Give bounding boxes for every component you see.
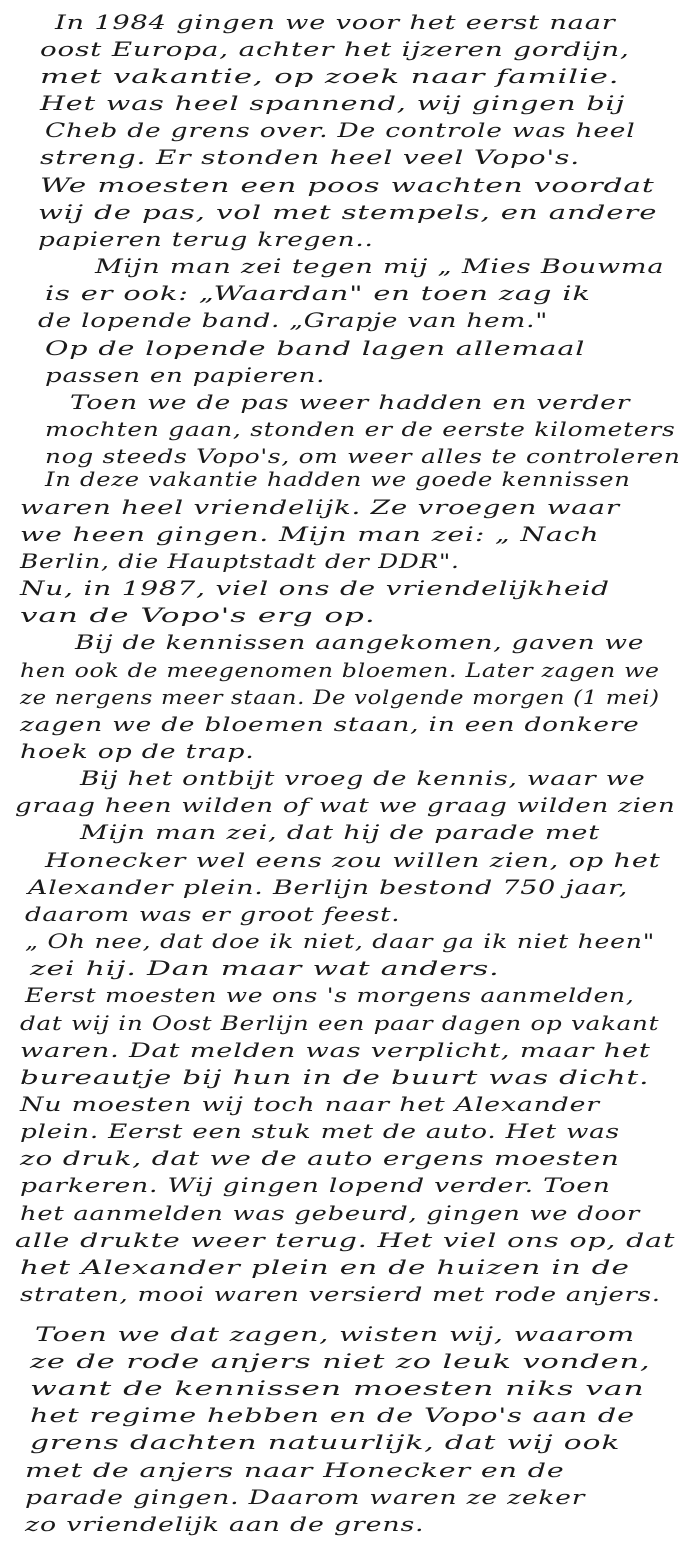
handwritten-line: papieren terug kregen.. [38, 227, 374, 251]
handwritten-line: plein. Eerst een stuk met de auto. Het w… [20, 1119, 620, 1143]
handwritten-line: het Alexander plein en de huizen in de [20, 1255, 630, 1279]
handwritten-line: Cheb de grens over. De controle was heel [45, 118, 635, 142]
handwritten-line: zei hij. Dan maar wat anders. [30, 956, 499, 980]
handwritten-line: Eerst moesten we ons 's morgens aanmelde… [25, 983, 635, 1007]
handwritten-line: graag heen wilden of wat we graag wilden… [15, 793, 676, 817]
handwritten-line: In deze vakantie hadden we goede kenniss… [45, 467, 631, 491]
handwritten-line: waren heel vriendelijk. Ze vroegen waar [20, 495, 620, 519]
handwritten-line: met de anjers naar Honecker en de [25, 1458, 565, 1482]
handwritten-line: het regime hebben en de Vopo's aan de [30, 1403, 635, 1427]
handwritten-line: we heen gingen. Mijn man zei: „ Nach [20, 522, 600, 546]
handwritten-line: de lopende band. „Grapje van hem." [38, 308, 548, 332]
handwritten-line: wij de pas, vol met stempels, en andere [38, 200, 657, 224]
handwritten-line: streng. Er stonden heel veel Vopo's. [40, 145, 580, 169]
handwritten-line: Toen we dat zagen, wisten wij, waarom [35, 1322, 635, 1346]
handwritten-line: Het was heel spannend, wij gingen bij [40, 91, 625, 115]
handwritten-line: bureautje bij hun in de buurt was dicht. [20, 1065, 649, 1089]
handwritten-line: oost Europa, achter het ijzeren gordijn, [40, 37, 630, 61]
handwritten-line: Alexander plein. Berlijn bestond 750 jaa… [28, 875, 628, 899]
handwritten-line: Honecker wel eens zou willen zien, op he… [45, 848, 661, 872]
handwritten-line: parade gingen. Daarom waren ze zeker [25, 1485, 585, 1509]
handwritten-line: alle drukte weer terug. Het viel ons op,… [15, 1228, 675, 1252]
handwritten-line: waren. Dat melden was verplicht, maar he… [20, 1038, 651, 1062]
handwritten-line: „ Oh nee, dat doe ik niet, daar ga ik ni… [25, 929, 655, 953]
handwritten-line: is er ook: „Waardan" en toen zag ik [45, 281, 591, 305]
handwritten-line: parkeren. Wij gingen lopend verder. Toen [20, 1173, 611, 1197]
handwritten-line: daarom was er groot feest. [25, 902, 400, 926]
handwritten-line: Toen we de pas weer hadden en verder [70, 390, 630, 414]
handwritten-line: Berlin, die Hauptstadt der DDR". [20, 549, 460, 573]
handwritten-line: zo vriendelijk aan de grens. [25, 1512, 424, 1536]
handwritten-line: ze de rode anjers niet zo leuk vonden, [30, 1349, 651, 1373]
handwritten-line: hoek op de trap. [20, 739, 255, 763]
handwritten-line: grens dachten natuurlijk, dat wij ook [30, 1430, 620, 1454]
handwritten-line: Op de lopende band lagen allemaal [45, 336, 585, 360]
handwritten-line: van de Vopo's erg op. [20, 603, 376, 627]
handwritten-line: ze nergens meer staan. De volgende morge… [20, 685, 660, 709]
handwritten-line: hen ook de meegenomen bloemen. Later zag… [20, 658, 660, 682]
handwritten-line: het aanmelden was gebeurd, gingen we doo… [20, 1201, 640, 1225]
handwritten-line: Bij de kennissen aangekomen, gaven we [75, 630, 644, 654]
handwritten-line: Nu moesten wij toch naar het Alexander [20, 1092, 600, 1116]
handwritten-line: Mijn man zei tegen mij „ Mies Bouwma [95, 254, 664, 278]
handwritten-line: Bij het ontbijt vroeg de kennis, waar we [80, 766, 645, 790]
handwritten-letter-page: In 1984 gingen we voor het eerst naaroos… [0, 0, 694, 1542]
handwritten-line: straten, mooi waren versierd met rode an… [20, 1282, 661, 1306]
handwritten-line: Mijn man zei, dat hij de parade met [80, 820, 600, 844]
handwritten-line: We moesten een poos wachten voordat [40, 173, 655, 197]
handwritten-line: Nu, in 1987, viel ons de vriendelijkheid [20, 576, 610, 600]
handwritten-line: dat wij in Oost Berlijn een paar dagen o… [20, 1011, 659, 1035]
handwritten-line: want de kennissen moesten niks van [30, 1376, 645, 1400]
handwritten-line: nog steeds Vopo's, om weer alles te cont… [45, 444, 681, 468]
handwritten-line: In 1984 gingen we voor het eerst naar [55, 10, 616, 34]
handwritten-line: passen en papieren. [45, 363, 325, 387]
handwritten-line: met vakantie, op zoek naar familie. [40, 64, 619, 88]
handwritten-line: mochten gaan, stonden er de eerste kilom… [45, 417, 676, 441]
handwritten-line: zagen we de bloemen staan, in een donker… [20, 712, 640, 736]
handwritten-line: zo druk, dat we de auto ergens moesten [20, 1146, 620, 1170]
